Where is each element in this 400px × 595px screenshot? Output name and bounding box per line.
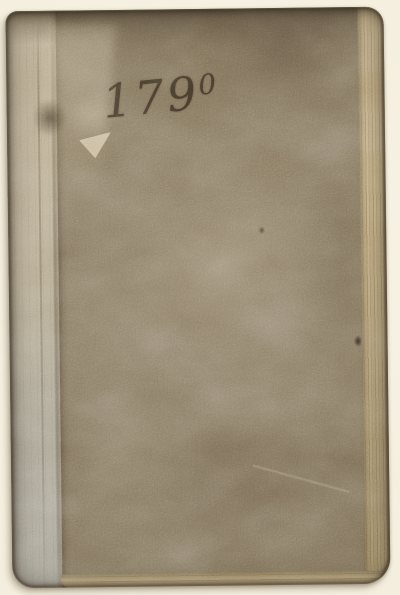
book-front-cover: 1790 xyxy=(5,7,390,589)
spine-strip xyxy=(5,11,62,589)
handwritten-date: 1790 xyxy=(100,66,219,128)
handwritten-date-superscript: 0 xyxy=(197,67,218,102)
handwritten-date-main: 179 xyxy=(100,66,202,129)
spine-top-shade xyxy=(5,11,55,46)
page-fore-edge xyxy=(357,7,390,578)
spine-crease xyxy=(36,11,45,588)
page-bottom-edge xyxy=(60,571,382,588)
scan-background: 1790 xyxy=(0,0,400,595)
